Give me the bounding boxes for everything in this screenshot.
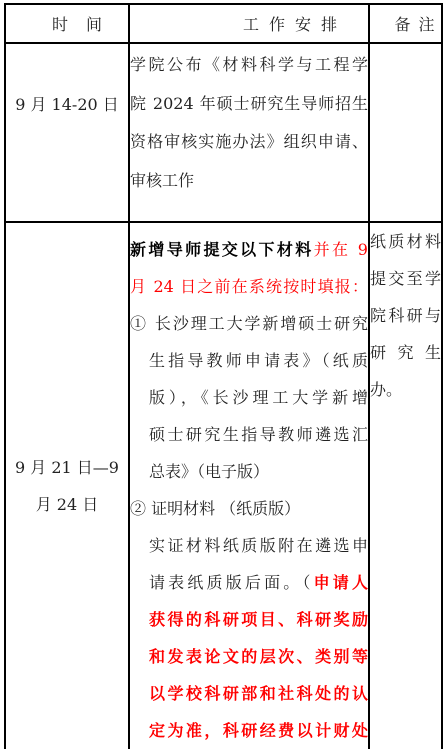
text-line: 资格审核实施办法》组织申请、: [130, 123, 368, 162]
column-header-time: 时间: [5, 4, 129, 43]
time-text: 月 24 日: [6, 486, 128, 523]
text-run: 和发表论文的层次、类别等: [149, 647, 368, 666]
text-run: 月 24 日之前在系统按时填报：: [130, 277, 368, 296]
text-line: 月 24 日之前在系统按时填报：: [130, 268, 368, 305]
text-run: 获得的科研项目、科研奖励: [149, 610, 368, 629]
text-line: 新增导师提交以下材料并在 9: [130, 231, 368, 268]
text-run: 实证材料纸质版附在遴选申: [149, 536, 368, 555]
schedule-table: 时间 工作安排 备注 9 月 14-20 日 学院公布《材料科学与工程学院 20…: [4, 3, 443, 749]
text-line: 请表纸质版后面。（申请人: [130, 564, 368, 601]
note-cell: [369, 43, 442, 222]
text-line: ① 长沙理工大学新增硕士研究: [130, 305, 368, 342]
text-line: 生指导教师申请表》（纸质: [130, 342, 368, 379]
text-run: 资格审核实施办法》组织申请、: [130, 132, 368, 151]
header-row: 时间 工作安排 备注: [5, 4, 442, 43]
text-line: 院 2024 年硕士研究生导师招生: [130, 85, 368, 124]
text-line: 审核工作: [130, 162, 368, 201]
text-line: 以学校科研部和社科处的认: [130, 675, 368, 712]
text-run: 以学校科研部和社科处的认: [149, 684, 368, 703]
column-header-work: 工作安排: [129, 4, 369, 43]
time-text: 9 月 21 日—9: [6, 449, 128, 486]
text-line: 实证材料纸质版附在遴选申: [130, 527, 368, 564]
text-line: 总表》（电子版）: [130, 453, 368, 490]
text-line: 硕士研究生指导教师遴选汇: [130, 416, 368, 453]
text-line: 学院公布《材料科学与工程学: [130, 46, 368, 85]
text-line: 版），《长沙理工大学新增: [130, 379, 368, 416]
text-run: 并在 9: [314, 240, 368, 259]
text-line: ② 证明材料 （纸质版）: [130, 490, 368, 527]
text-run: 学院公布《材料科学与工程学: [130, 55, 368, 74]
time-cell: 9 月 21 日—9月 24 日: [5, 222, 129, 749]
text-run: 审核工作: [130, 171, 194, 190]
text-run: ② 证明材料 （纸质版）: [130, 499, 300, 518]
text-run: 请表纸质版后面。（: [149, 573, 314, 592]
text-run: 定为准，科研经费以计财处: [149, 721, 368, 740]
column-header-work-label: 工作安排: [243, 12, 347, 35]
work-cell: 新增导师提交以下材料并在 9月 24 日之前在系统按时填报：① 长沙理工大学新增…: [129, 222, 369, 749]
document-page: 时间 工作安排 备注 9 月 14-20 日 学院公布《材料科学与工程学院 20…: [0, 0, 445, 749]
column-header-note: 备注: [369, 4, 442, 43]
text-run: 生指导教师申请表》（纸质: [149, 351, 368, 370]
note-cell: 纸质材料提交至学院科研与研究生办。: [369, 222, 442, 749]
table-row: 9 月 21 日—9月 24 日 新增导师提交以下材料并在 9月 24 日之前在…: [5, 222, 442, 749]
text-run: 新增导师提交以下材料: [130, 240, 314, 259]
work-cell: 学院公布《材料科学与工程学院 2024 年硕士研究生导师招生资格审核实施办法》组…: [129, 43, 369, 222]
note-text: 纸质材料提交至学院科研与研究生办。: [370, 223, 441, 408]
text-line: 获得的科研项目、科研奖励: [130, 601, 368, 638]
column-header-time-label: 时间: [52, 12, 120, 35]
text-run: 申请人: [314, 573, 368, 592]
text-run: 院 2024 年硕士研究生导师招生: [130, 94, 368, 113]
table-row: 9 月 14-20 日 学院公布《材料科学与工程学院 2024 年硕士研究生导师…: [5, 43, 442, 222]
text-run: 版），《长沙理工大学新增: [149, 388, 368, 407]
column-header-note-label: 备注: [394, 12, 442, 35]
time-text: 9 月 14-20 日: [6, 86, 128, 123]
time-cell: 9 月 14-20 日: [5, 43, 129, 222]
text-line: 和发表论文的层次、类别等: [130, 638, 368, 675]
text-run: ① 长沙理工大学新增硕士研究: [130, 314, 368, 333]
text-line: 定为准，科研经费以计财处: [130, 712, 368, 749]
text-run: 硕士研究生指导教师遴选汇: [149, 425, 368, 444]
text-run: 总表》（电子版）: [149, 462, 269, 481]
